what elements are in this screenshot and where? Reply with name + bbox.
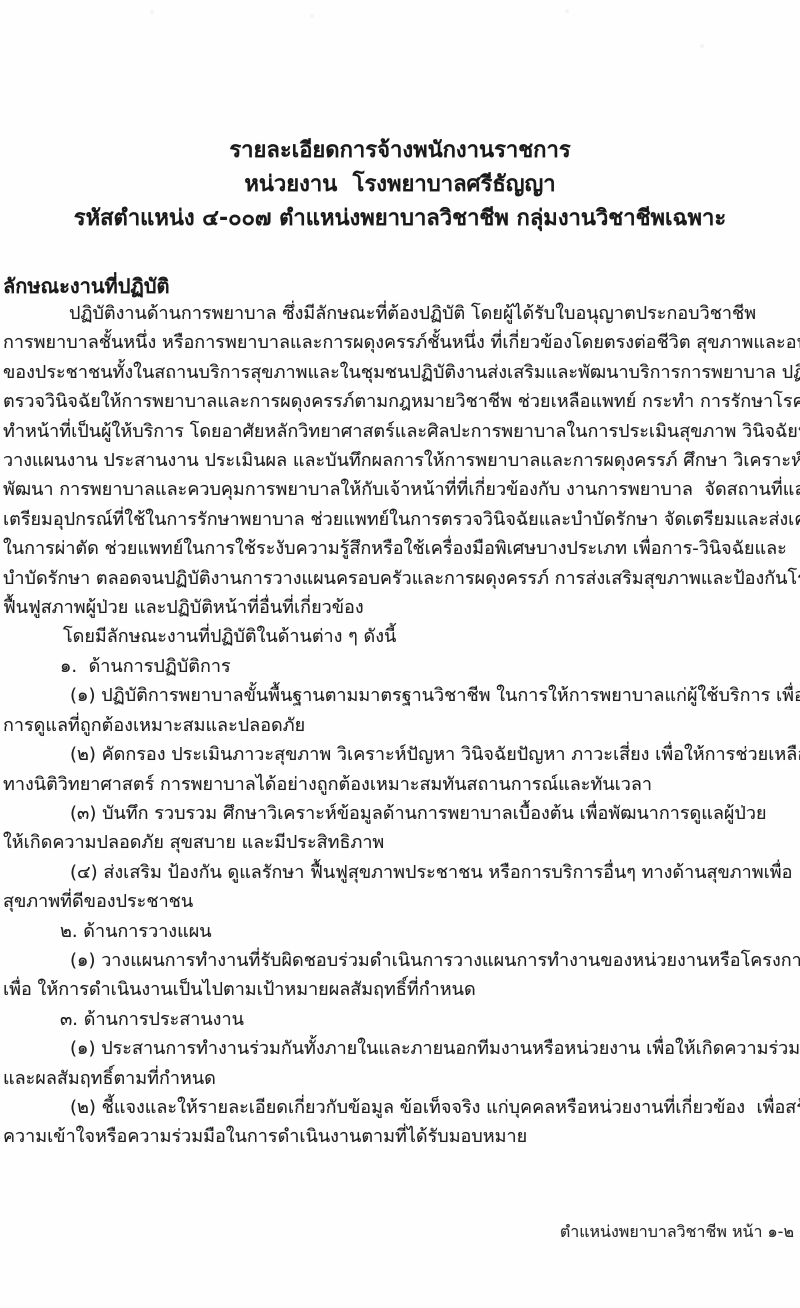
subsection-heading-3: ๓. ด้านการประสานงาน (3, 1005, 798, 1034)
duty-line: สุขภาพที่ดีของประชาชน (3, 887, 798, 916)
document-title: รายละเอียดการจ้างพนักงานราชการ (0, 134, 800, 168)
duty-line: ความเข้าใจหรือความร่วมมือในการดำเนินงานต… (3, 1122, 798, 1151)
intro-line: ฟื้นฟูสภาพผู้ป่วย และปฏิบัติหน้าที่อื่นท… (3, 593, 798, 622)
intro-line: ทำหน้าที่เป็นผู้ให้บริการ โดยอาศัยหลักวิ… (3, 417, 798, 446)
scan-artifact (565, 9, 569, 13)
section-heading: ลักษณะงานที่ปฏิบัติ (3, 270, 170, 302)
title-block: รายละเอียดการจ้างพนักงานราชการ หน่วยงาน … (0, 134, 800, 236)
page-footer-label: ตำแหน่งพยาบาลวิชาชีพ หน้า ๑-๒ (560, 1220, 794, 1245)
position-code-line: รหัสตำแหน่ง ๔-๐๐๗ ตำแหน่งพยาบาลวิชาชีพ ก… (0, 202, 800, 236)
duty-line: (๑) วางแผนการทำงานที่รับผิดชอบร่วมดำเนิน… (3, 946, 798, 975)
subsection-heading-2: ๒. ด้านการวางแผน (3, 917, 798, 946)
subsection-heading-1: ๑. ด้านการปฏิบัติการ (3, 652, 798, 681)
intro-line: บำบัดรักษา ตลอดจนปฏิบัติงานการวางแผนครอบ… (3, 564, 798, 593)
scan-artifact (310, 14, 314, 18)
document-page: รายละเอียดการจ้างพนักงานราชการ หน่วยงาน … (0, 0, 800, 1308)
duty-line: (๒) ชี้แจงและให้รายละเอียดเกี่ยวกับข้อมู… (3, 1093, 798, 1122)
intro-line: วางแผนงาน ประสานงาน ประเมินผล และบันทึกผ… (3, 446, 798, 475)
intro-line: การพยาบาลชั้นหนึ่ง หรือการพยาบาลและการผด… (3, 328, 798, 357)
duty-line: การดูแลที่ถูกต้องเหมาะสมและปลอดภัย (3, 711, 798, 740)
duty-line: (๑) ประสานการทำงานร่วมกันทั้งภายในและภาย… (3, 1034, 798, 1063)
body-text: ปฏิบัติงานด้านการพยาบาล ซึ่งมีลักษณะที่ต… (3, 299, 798, 1152)
duty-line: ทางนิติวิทยาศาสตร์ การพยาบาลได้อย่างถูกต… (3, 770, 798, 799)
duty-line: (๒) คัดกรอง ประเมินภาวะสุขภาพ วิเคราะห์ป… (3, 740, 798, 769)
duty-line: เพื่อ ให้การดำเนินงานเป็นไปตามเป้าหมายผล… (3, 975, 798, 1004)
intro-line: ของประชาชนทั้งในสถานบริการสุขภาพและในชุม… (3, 358, 798, 387)
scan-artifact (150, 10, 154, 14)
duty-line: และผลสัมฤทธิ์ตามที่กำหนด (3, 1064, 798, 1093)
duty-line: (๓) บันทึก รวบรวม ศึกษาวิเคราะห์ข้อมูลด้… (3, 799, 798, 828)
intro-line: ในการผ่าตัด ช่วยแพทย์ในการใช้ระงับความรู… (3, 534, 798, 563)
agency-line: หน่วยงาน โรงพยาบาลศรีธัญญา (0, 168, 800, 202)
duty-line: ให้เกิดความปลอดภัย สุขสบาย และมีประสิทธิ… (3, 828, 798, 857)
lead-in-line: โดยมีลักษณะงานที่ปฏิบัติในด้านต่าง ๆ ดัง… (3, 622, 798, 651)
intro-line: เตรียมอุปกรณ์ที่ใช้ในการรักษาพยาบาล ช่วย… (3, 505, 798, 534)
duty-line: (๑) ปฏิบัติการพยาบาลขั้นพื้นฐานตามมาตรฐา… (3, 681, 798, 710)
intro-line: ตรวจวินิจฉัยให้การพยาบาลและการผดุงครรภ์ต… (3, 387, 798, 416)
intro-line: พัฒนา การพยาบาลและควบคุมการพยาบาลให้กับเ… (3, 475, 798, 504)
scan-artifact (700, 44, 704, 48)
duty-line: (๔) ส่งเสริม ป้องกัน ดูแลรักษา ฟื้นฟูสุข… (3, 858, 798, 887)
intro-line: ปฏิบัติงานด้านการพยาบาล ซึ่งมีลักษณะที่ต… (3, 299, 798, 328)
